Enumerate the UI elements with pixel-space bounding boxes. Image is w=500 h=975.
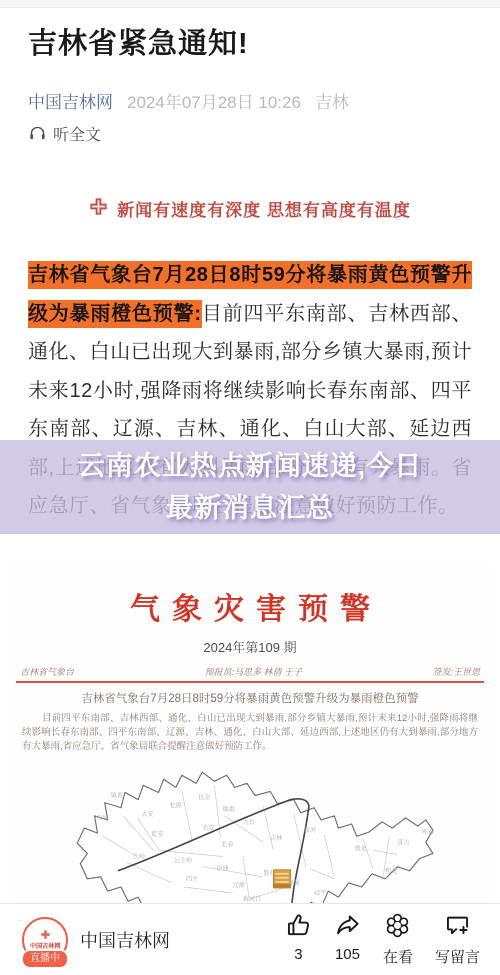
wow-button[interactable]: 在看 (383, 912, 413, 967)
document-header-row: 吉林省气象台 预报员:马思多 林倩 王子 签发:王世恩 (20, 665, 480, 678)
document-forecasters: 预报员:马思多 林倩 王子 (204, 665, 302, 678)
svg-text:镇赉: 镇赉 (111, 792, 124, 800)
svg-text:辽源: 辽源 (233, 881, 246, 889)
like-count: 3 (294, 946, 302, 963)
account-row[interactable]: 中国吉林网 直播中 中国吉林网 (22, 917, 285, 963)
comment-plus-icon (444, 912, 471, 944)
listen-full-text-button[interactable]: 听全文 (28, 122, 101, 145)
comment-button[interactable]: 写留言 (435, 912, 480, 967)
document-body-text: 目前四平东南部、吉林西部、通化、白山已出现大到暴雨,部分乡镇大暴雨,预计未来12… (22, 712, 478, 754)
svg-text:靖宇: 靖宇 (314, 889, 326, 897)
listen-label: 听全文 (53, 122, 101, 145)
svg-text:松原: 松原 (170, 802, 182, 810)
svg-text:德惠: 德惠 (223, 805, 236, 813)
svg-text:扶余: 扶余 (198, 794, 210, 802)
like-button[interactable]: 3 (285, 912, 312, 967)
svg-text:和龙: 和龙 (385, 867, 397, 875)
document-headline: 吉林省气象台7月28日8时59分将暴雨黄色预警升级为暴雨橙色预警 (10, 690, 490, 706)
wow-flower-icon (384, 912, 411, 944)
brand-slogan: 新闻有速度有深度 思想有高度有温度 (0, 196, 500, 221)
svg-text:长岭: 长岭 (133, 853, 145, 861)
document-issue-number: 2024年第109 期 (10, 637, 490, 656)
svg-text:延吉: 延吉 (397, 838, 409, 846)
share-button[interactable]: 105 (334, 912, 361, 967)
svg-text:大安: 大安 (141, 810, 153, 818)
slogan-text: 新闻有速度有深度 思想有高度有温度 (117, 196, 411, 221)
live-badge: 直播中 (21, 949, 69, 969)
svg-text:公主岭: 公主岭 (174, 857, 192, 865)
watermark-line-1: 云南农业热点新闻速递,今日 (78, 445, 423, 487)
account-avatar[interactable]: 中国吉林网 直播中 (22, 917, 68, 963)
svg-text:长春: 长春 (222, 840, 234, 848)
publish-date: 2024年07月28日 10:26 (127, 93, 301, 112)
watermark-line-2: 最新消息汇总 (166, 487, 334, 529)
publish-location: 吉林 (315, 93, 349, 112)
headphones-icon (28, 124, 47, 143)
wow-label: 在看 (383, 946, 413, 967)
document-red-rule (16, 681, 484, 683)
svg-text:九台: 九台 (243, 818, 255, 826)
red-cross-icon (89, 197, 108, 221)
article-page: 吉林省紧急通知! 中国吉林网2024年07月28日 10:26吉林 听全文 新闻… (0, 0, 500, 975)
svg-text:敦化: 敦化 (355, 844, 367, 852)
svg-text:磐石: 磐石 (263, 869, 275, 877)
document-title: 气象灾害预警 (10, 584, 490, 628)
avatar-cross-icon (40, 929, 51, 940)
document-issuer: 吉林省气象台 (20, 665, 74, 678)
svg-text:桦甸: 桦甸 (288, 879, 300, 887)
svg-text:乾安: 乾安 (151, 830, 163, 838)
svg-text:蛟河: 蛟河 (304, 826, 316, 834)
top-divider (0, 0, 500, 8)
share-count: 105 (335, 946, 360, 963)
svg-text:吉林: 吉林 (270, 834, 282, 842)
account-name[interactable]: 中国吉林网 (80, 927, 170, 953)
article-meta: 中国吉林网2024年07月28日 10:26吉林 (28, 88, 349, 113)
footer-bar: 中国吉林网 直播中 中国吉林网 3 (0, 903, 500, 975)
thumbs-up-icon (285, 912, 312, 944)
comment-label: 写留言 (435, 946, 480, 967)
action-bar: 3 105 (285, 912, 480, 967)
source-link[interactable]: 中国吉林网 (28, 93, 113, 112)
svg-text:珲春: 珲春 (422, 828, 434, 836)
svg-text:白城: 白城 (97, 814, 109, 822)
document-signer: 签发:王世恩 (432, 665, 480, 678)
svg-text:农安: 农安 (202, 824, 214, 832)
page-title: 吉林省紧急通知! (28, 26, 472, 64)
svg-text:伊通: 伊通 (216, 865, 228, 873)
watermark-banner: 云南农业热点新闻速递,今日 最新消息汇总 (0, 440, 500, 534)
share-arrow-icon (334, 912, 361, 944)
svg-text:四平: 四平 (186, 875, 198, 883)
